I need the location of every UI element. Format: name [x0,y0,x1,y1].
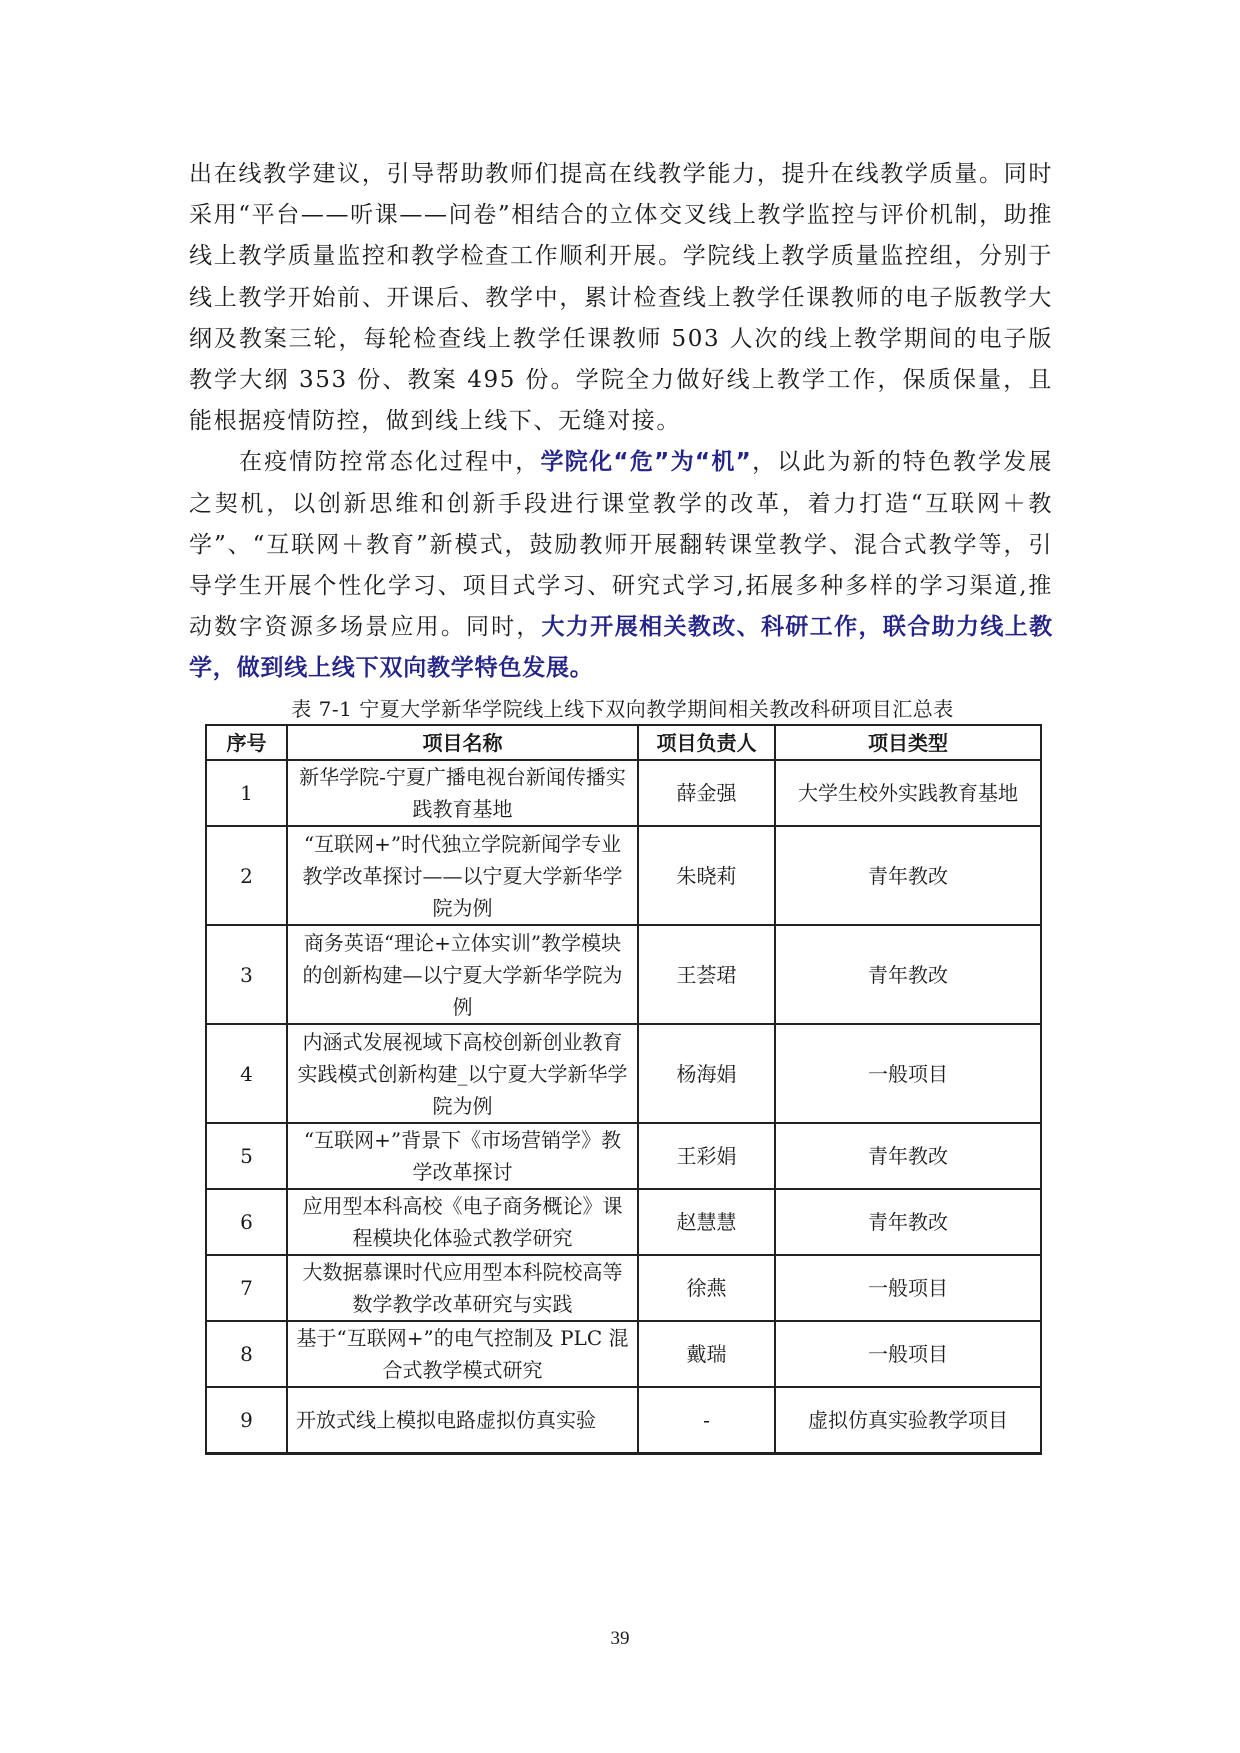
table-row: 2 “互联网+”时代独立学院新闻学专业教学改革探讨——以宁夏大学新华学院为例 朱… [206,826,1041,925]
paragraph-1: 出在线教学建议，引导帮助教师们提高在线教学能力，提升在线教学质量。同时采用“平台… [189,154,1053,442]
table-row: 3 商务英语“理论+立体实训”教学模块的创新构建—以宁夏大学新华学院为例 王荟珺… [206,925,1041,1024]
cell-no: 2 [206,826,287,925]
header-type: 项目类型 [775,725,1041,760]
cell-name: 应用型本科高校《电子商务概论》课程模块化体验式教学研究 [287,1189,638,1255]
cell-leader: 薛金强 [638,760,775,826]
paragraph-2-text-a: 在疫情防控常态化过程中， [239,449,540,475]
table-header-row: 序号 项目名称 项目负责人 项目类型 [206,725,1041,760]
cell-leader: 王荟珺 [638,925,775,1024]
cell-type: 青年教改 [775,1189,1041,1255]
projects-table: 序号 项目名称 项目负责人 项目类型 1 新华学院-宁夏广播电视台新闻传播实践教… [205,724,1042,1455]
header-name: 项目名称 [287,725,638,760]
table-row: 1 新华学院-宁夏广播电视台新闻传播实践教育基地 薛金强 大学生校外实践教育基地 [206,760,1041,826]
cell-type: 虚拟仿真实验教学项目 [775,1387,1041,1454]
cell-no: 6 [206,1189,287,1255]
cell-type: 一般项目 [775,1024,1041,1123]
cell-leader: 杨海娟 [638,1024,775,1123]
table-row: 5 “互联网+”背景下《市场营销学》教学改革探讨 王彩娟 青年教改 [206,1123,1041,1189]
paragraph-2-text-b: ，以此为新的特色教学发展之契机，以创新思维和创新手段进行课堂教学的改革，着力打造… [189,449,1053,640]
header-no: 序号 [206,725,287,760]
header-leader: 项目负责人 [638,725,775,760]
cell-no: 5 [206,1123,287,1189]
cell-type: 青年教改 [775,1123,1041,1189]
cell-no: 9 [206,1387,287,1454]
table-row: 7 大数据慕课时代应用型本科院校高等数学教学改革研究与实践 徐燕 一般项目 [206,1255,1041,1321]
cell-no: 7 [206,1255,287,1321]
cell-type: 青年教改 [775,925,1041,1024]
cell-no: 8 [206,1321,287,1387]
cell-name: “互联网+”背景下《市场营销学》教学改革探讨 [287,1123,638,1189]
cell-no: 1 [206,760,287,826]
document-page: 出在线教学建议，引导帮助教师们提高在线教学能力，提升在线教学质量。同时采用“平台… [0,0,1240,1753]
table-row: 6 应用型本科高校《电子商务概论》课程模块化体验式教学研究 赵慧慧 青年教改 [206,1189,1041,1255]
cell-type: 一般项目 [775,1321,1041,1387]
cell-name: 新华学院-宁夏广播电视台新闻传播实践教育基地 [287,760,638,826]
cell-no: 4 [206,1024,287,1123]
cell-type: 一般项目 [775,1255,1041,1321]
cell-name: 基于“互联网+”的电气控制及 PLC 混合式教学模式研究 [287,1321,638,1387]
paragraph-2: 在疫情防控常态化过程中，学院化“危”为“机”，以此为新的特色教学发展之契机，以创… [189,442,1053,689]
page-number: 39 [0,1628,1240,1650]
cell-leader: 赵慧慧 [638,1189,775,1255]
body-text: 出在线教学建议，引导帮助教师们提高在线教学能力，提升在线教学质量。同时采用“平台… [189,154,1053,690]
cell-no: 3 [206,925,287,1024]
cell-name: “互联网+”时代独立学院新闻学专业教学改革探讨——以宁夏大学新华学院为例 [287,826,638,925]
table-row: 8 基于“互联网+”的电气控制及 PLC 混合式教学模式研究 戴瑞 一般项目 [206,1321,1041,1387]
cell-leader: - [638,1387,775,1454]
table-row: 4 内涵式发展视域下高校创新创业教育实践模式创新构建_以宁夏大学新华学院为例 杨… [206,1024,1041,1123]
cell-name: 商务英语“理论+立体实训”教学模块的创新构建—以宁夏大学新华学院为例 [287,925,638,1024]
table-row: 9 开放式线上模拟电路虚拟仿真实验 - 虚拟仿真实验教学项目 [206,1387,1041,1454]
highlight-text-1: 学院化“危”为“机” [540,449,751,475]
cell-leader: 朱晓莉 [638,826,775,925]
cell-leader: 王彩娟 [638,1123,775,1189]
cell-name: 内涵式发展视域下高校创新创业教育实践模式创新构建_以宁夏大学新华学院为例 [287,1024,638,1123]
cell-leader: 徐燕 [638,1255,775,1321]
cell-name: 开放式线上模拟电路虚拟仿真实验 [287,1387,638,1454]
cell-leader: 戴瑞 [638,1321,775,1387]
cell-name: 大数据慕课时代应用型本科院校高等数学教学改革研究与实践 [287,1255,638,1321]
cell-type: 大学生校外实践教育基地 [775,760,1041,826]
table-caption: 表 7-1 宁夏大学新华学院线上线下双向教学期间相关教改科研项目汇总表 [205,697,1040,721]
cell-type: 青年教改 [775,826,1041,925]
